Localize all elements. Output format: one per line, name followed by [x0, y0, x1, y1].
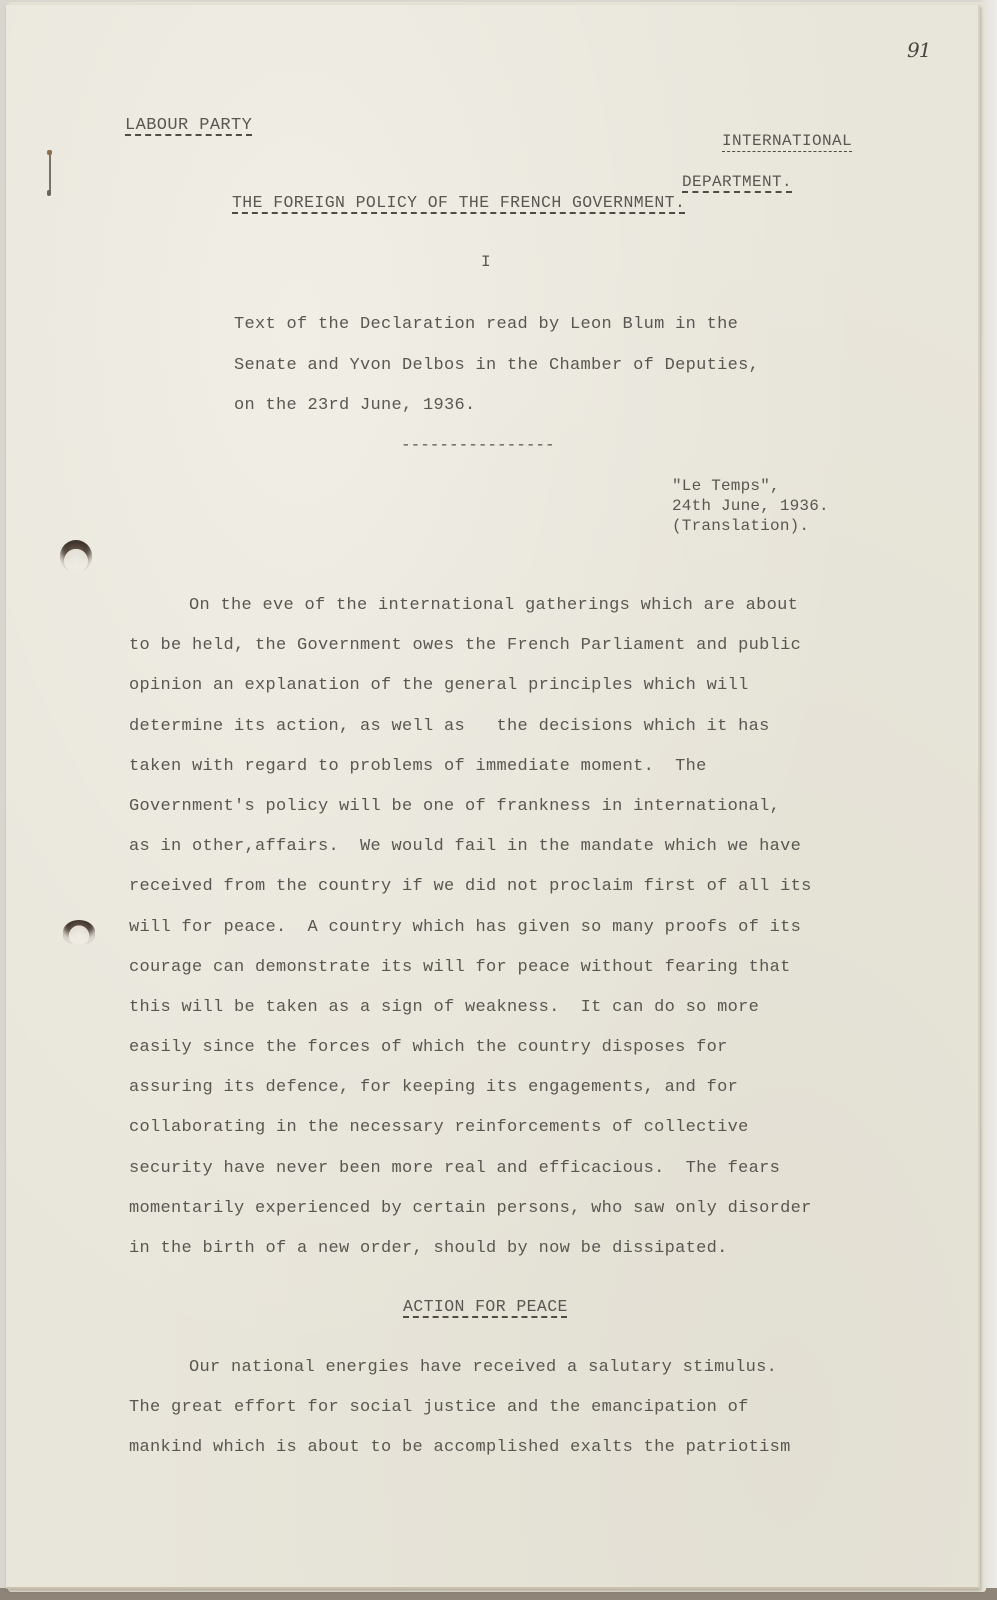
text-line: easily since the forces of which the cou… — [129, 1038, 812, 1078]
document-title: THE FOREIGN POLICY OF THE FRENCH GOVERNM… — [232, 195, 685, 212]
handwritten-page-number: 91 — [907, 38, 930, 62]
text-line: On the eve of the international gatherin… — [129, 596, 812, 636]
text-line: Government's policy will be one of frank… — [129, 797, 812, 837]
punch-hole-icon — [60, 540, 92, 572]
header-department-line-1: INTERNATIONAL — [722, 131, 852, 152]
text-line: this will be taken as a sign of weakness… — [129, 998, 812, 1038]
text-line: collaborating in the necessary reinforce… — [129, 1118, 812, 1158]
source-citation: "Le Temps", 24th June, 1936. (Translatio… — [672, 476, 829, 536]
intro-text: Text of the Declaration read by Leon Blu… — [234, 315, 759, 437]
punch-hole-icon — [63, 920, 95, 944]
margin-mark-stroke — [49, 150, 51, 195]
text-line: The great effort for social justice and … — [129, 1398, 791, 1438]
paragraph-1: On the eve of the international gatherin… — [129, 596, 812, 1279]
margin-pencil-mark — [48, 150, 52, 195]
text-line: security have never been more real and e… — [129, 1159, 812, 1199]
text-line: received from the country if we did not … — [129, 877, 812, 917]
intro-line: Senate and Yvon Delbos in the Chamber of… — [234, 356, 759, 397]
text-line: as in other,affairs. We would fail in th… — [129, 837, 812, 877]
header-organization: LABOUR PARTY — [125, 117, 252, 134]
dashed-divider: ---------------- — [401, 437, 555, 453]
margin-mark-dot-top — [47, 150, 52, 155]
text-line: opinion an explanation of the general pr… — [129, 676, 812, 716]
text-line: taken with regard to problems of immedia… — [129, 757, 812, 797]
intro-line: Text of the Declaration read by Leon Blu… — [234, 315, 759, 356]
text-line: will for peace. A country which has give… — [129, 918, 812, 958]
header-department-line-2: DEPARTMENT. — [682, 172, 852, 192]
text-line: courage can demonstrate its will for pea… — [129, 958, 812, 998]
header-department: INTERNATIONAL DEPARTMENT. — [682, 111, 852, 232]
text-line: momentarily experienced by certain perso… — [129, 1199, 812, 1239]
text-line: in the birth of a new order, should by n… — [129, 1239, 812, 1279]
text-line: assuring its defence, for keeping its en… — [129, 1078, 812, 1118]
intro-line: on the 23rd June, 1936. — [234, 396, 759, 437]
source-note: (Translation). — [672, 516, 829, 536]
text-line: to be held, the Government owes the Fren… — [129, 636, 812, 676]
source-date: 24th June, 1936. — [672, 496, 829, 516]
text-line: mankind which is about to be accomplishe… — [129, 1438, 791, 1478]
paragraph-2: Our national energies have received a sa… — [129, 1358, 791, 1479]
text-line: Our national energies have received a sa… — [129, 1358, 791, 1398]
document-page: 91 LABOUR PARTY INTERNATIONAL DEPARTMENT… — [6, 5, 980, 1589]
source-publication: "Le Temps", — [672, 476, 829, 496]
section-numeral: I — [481, 254, 491, 270]
section-subheading: ACTION FOR PEACE — [403, 1299, 568, 1316]
margin-mark-dot-bottom — [47, 190, 51, 196]
text-line: determine its action, as well as the dec… — [129, 717, 812, 757]
